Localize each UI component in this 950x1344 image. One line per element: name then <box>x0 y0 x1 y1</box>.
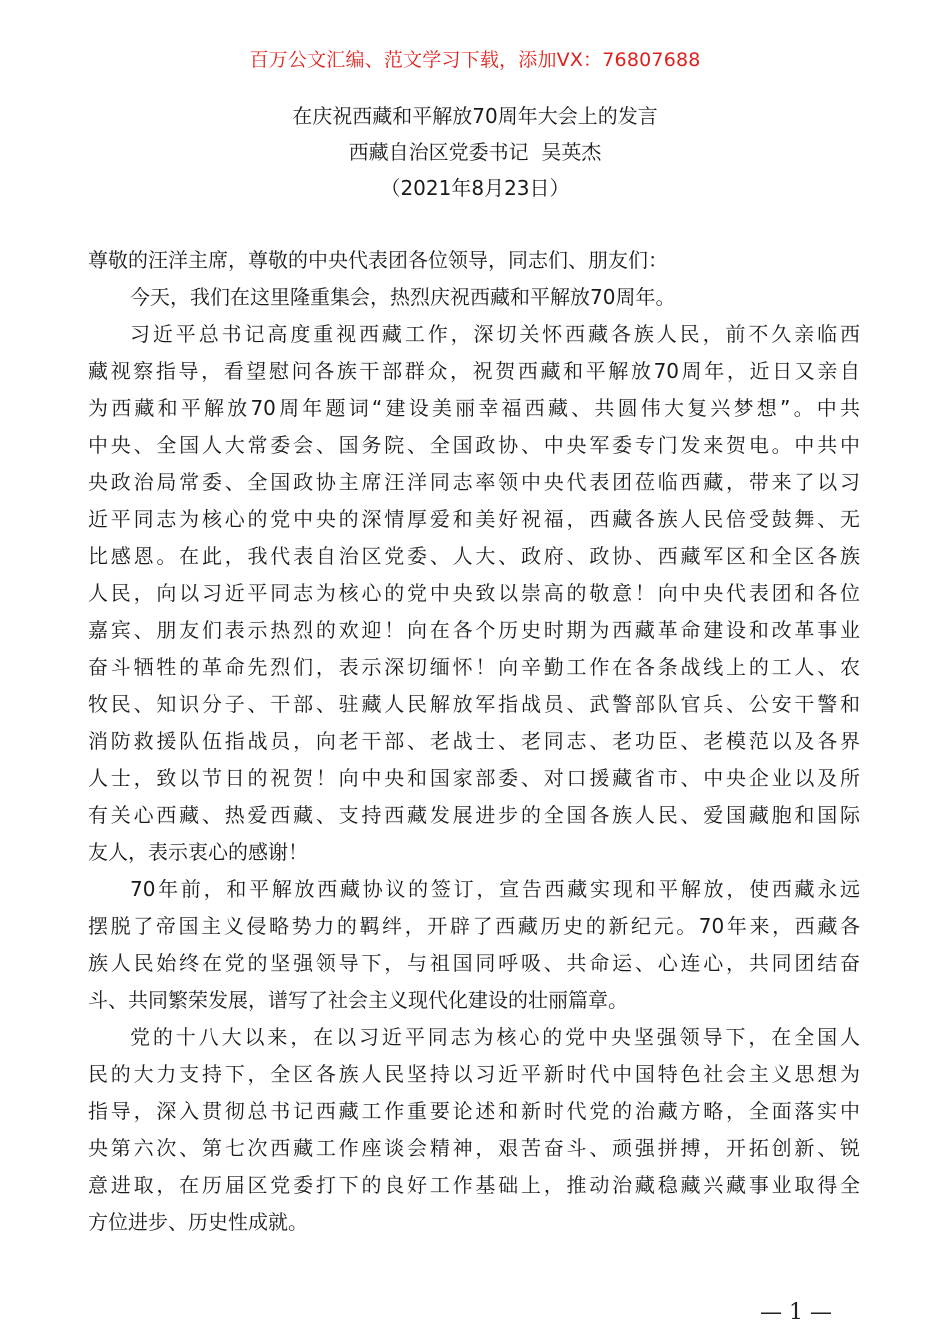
paragraph-2-line: 人士，致以节日的祝贺！向中央和国家部委、对口援藏省市、中央企业以及所 <box>88 760 860 797</box>
paragraph-2-line: 习近平总书记高度重视西藏工作，深切关怀西藏各族人民，前不久亲临西 <box>88 316 860 353</box>
paragraph-4-line: 党的十八大以来，在以习近平同志为核心的党中央坚强领导下，在全国人 <box>88 1019 860 1056</box>
paragraph-4-line: 民的大力支持下，全区各族人民坚持以习近平新时代中国特色社会主义思想为 <box>88 1056 860 1093</box>
document-body: 尊敬的汪洋主席，尊敬的中央代表团各位领导，同志们、朋友们： 今天，我们在这里隆重… <box>88 242 860 1241</box>
document-date: （2021年8月23日） <box>0 170 950 206</box>
document-header: 在庆祝西藏和平解放70周年大会上的发言 西藏自治区党委书记 吴英杰 （2021年… <box>0 98 950 206</box>
paragraph-2-line: 近平同志为核心的党中央的深情厚爱和美好祝福，西藏各族人民倍受鼓舞、无 <box>88 501 860 538</box>
paragraph-3-line: 70年前，和平解放西藏协议的签订，宣告西藏实现和平解放，使西藏永远 <box>88 871 860 908</box>
paragraph-2-line: 有关心西藏、热爱西藏、支持西藏发展进步的全国各族人民、爱国藏胞和国际 <box>88 797 860 834</box>
paragraph-2-line: 消防救援队伍指战员，向老干部、老战士、老同志、老功臣、老模范以及各界 <box>88 723 860 760</box>
paragraph-3-line: 族人民始终在党的坚强领导下，与祖国同呼吸、共命运、心连心，共同团结奋 <box>88 945 860 982</box>
document-title: 在庆祝西藏和平解放70周年大会上的发言 <box>0 98 950 134</box>
paragraph-3-line: 斗、共同繁荣发展，谱写了社会主义现代化建设的壮丽篇章。 <box>88 982 860 1019</box>
paragraph-2-line: 中央、全国人大常委会、国务院、全国政协、中央军委专门发来贺电。中共中 <box>88 427 860 464</box>
salutation: 尊敬的汪洋主席，尊敬的中央代表团各位领导，同志们、朋友们： <box>88 242 860 279</box>
paragraph-2-line: 比感恩。在此，我代表自治区党委、人大、政府、政协、西藏军区和全区各族 <box>88 538 860 575</box>
paragraph-2-line: 奋斗牺牲的革命先烈们，表示深切缅怀！向辛勤工作在各条战线上的工人、农 <box>88 649 860 686</box>
paragraph-4-line: 意进取，在历届区党委打下的良好工作基础上，推动治藏稳藏兴藏事业取得全 <box>88 1167 860 1204</box>
paragraph-2-line: 牧民、知识分子、干部、驻藏人民解放军指战员、武警部队官兵、公安干警和 <box>88 686 860 723</box>
paragraph-2-line: 友人，表示衷心的感谢！ <box>88 834 860 871</box>
paragraph-4-line: 指导，深入贯彻总书记西藏工作重要论述和新时代党的治藏方略，全面落实中 <box>88 1093 860 1130</box>
paragraph-2-line: 央政治局常委、全国政协主席汪洋同志率领中央代表团莅临西藏，带来了以习 <box>88 464 860 501</box>
paragraph-4-line: 方位进步、历史性成就。 <box>88 1204 860 1241</box>
paragraph-2-line: 人民，向以习近平同志为核心的党中央致以崇高的敬意！向中央代表团和各位 <box>88 575 860 612</box>
watermark-banner: 百万公文汇编、范文学习下载，添加VX：76807688 <box>0 45 950 72</box>
document-author: 西藏自治区党委书记 吴英杰 <box>0 134 950 170</box>
paragraph-2-line: 嘉宾、朋友们表示热烈的欢迎！向在各个历史时期为西藏革命建设和改革事业 <box>88 612 860 649</box>
paragraph-3-line: 摆脱了帝国主义侵略势力的羁绊，开辟了西藏历史的新纪元。70年来，西藏各 <box>88 908 860 945</box>
paragraph-2-line: 为西藏和平解放70周年题词“建设美丽幸福西藏、共圆伟大复兴梦想”。中共 <box>88 390 860 427</box>
paragraph-2-line: 藏视察指导，看望慰问各族干部群众，祝贺西藏和平解放70周年，近日又亲自 <box>88 353 860 390</box>
paragraph-4-line: 央第六次、第七次西藏工作座谈会精神，艰苦奋斗、顽强拼搏，开拓创新、锐 <box>88 1130 860 1167</box>
paragraph-1-line: 今天，我们在这里隆重集会，热烈庆祝西藏和平解放70周年。 <box>88 279 860 316</box>
page-number: — 1 — <box>760 1300 832 1325</box>
